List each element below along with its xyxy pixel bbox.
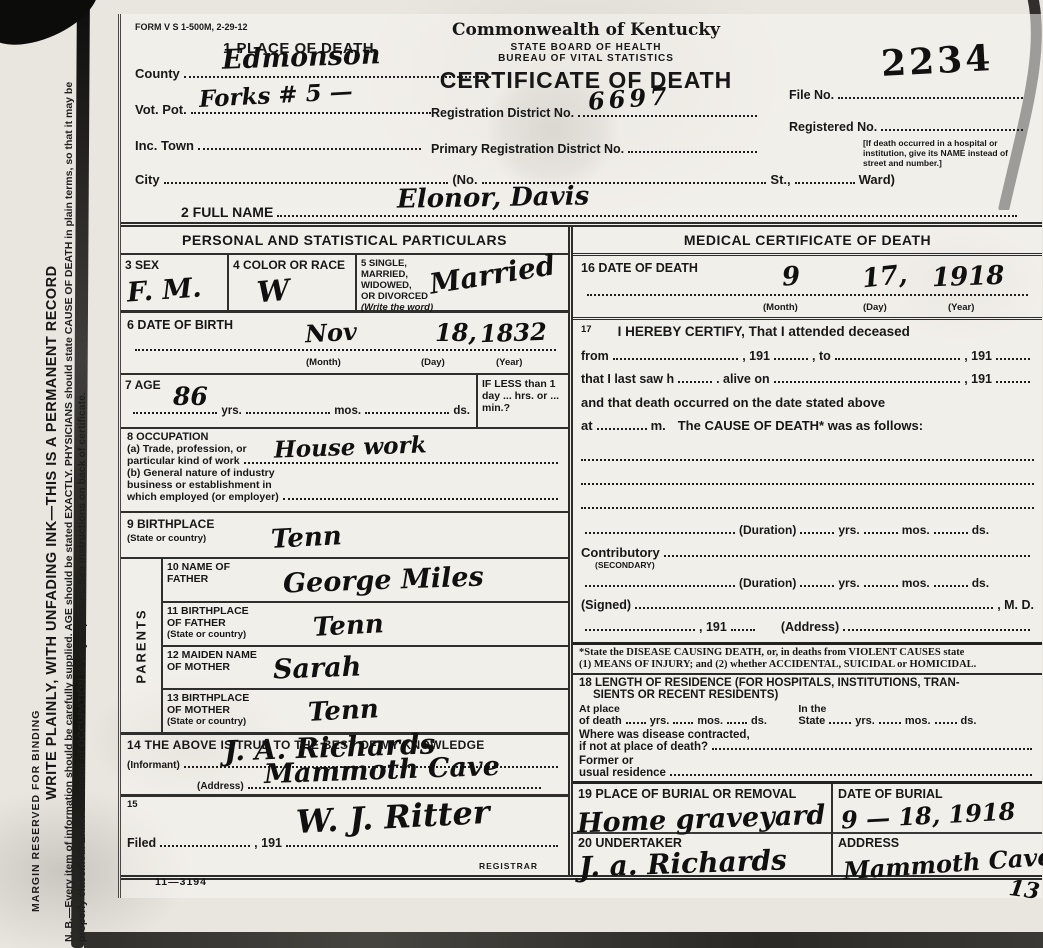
form-code: 11—3194 <box>155 876 207 888</box>
corner-mark-handwriting: 13 <box>1008 877 1041 903</box>
contributory-dots <box>664 551 1030 557</box>
mother-name-label-1: 12 MAIDEN NAME <box>167 649 564 661</box>
duration2-yrs: yrs. <box>838 576 859 590</box>
informant-block: 14 THE ABOVE IS TRUE TO THE BEST OF MY K… <box>121 735 568 797</box>
registrar-label: REGISTRAR <box>479 861 538 871</box>
marital-note: (Write the word) <box>361 302 564 313</box>
age-units-line: 86 yrs. mos. ds. <box>129 405 470 417</box>
dod-blank-line: 9 17, 1918 <box>583 290 1032 299</box>
hospital-note: [If death occurred in a hospital or inst… <box>863 138 1033 168</box>
age-yrs-label: yrs. <box>221 405 241 417</box>
father-name-row: 10 NAME OF FATHER George Miles <box>163 559 568 603</box>
signed-date-dots <box>585 625 695 631</box>
certificate-title: CERTIFICATE OF DEATH <box>421 67 751 94</box>
certificate-header: FORM V S 1-500M, 2-29-12 1 PLACE OF DEAT… <box>121 14 1042 222</box>
contributory-label: Contributory <box>581 545 660 560</box>
dod-dots: 9 17, 1918 <box>587 290 1028 296</box>
to-191: , 191 <box>964 349 992 363</box>
informant-address-label: (Address) <box>197 781 244 792</box>
last-saw-dots <box>678 377 712 383</box>
signed-address-label: (Address) <box>781 620 839 634</box>
duration2-ds-dots <box>934 581 968 587</box>
personal-section-title: PERSONAL AND STATISTICAL PARTICULARS <box>121 227 568 255</box>
dob-label: 6 DATE OF BIRTH <box>127 318 233 332</box>
sex-label: 3 SEX <box>125 258 159 272</box>
occupation-a-label-2: particular kind of work <box>127 455 240 467</box>
full-name-blank: Elonor, Davis <box>277 211 1017 217</box>
duration2-lead-dots <box>585 581 735 587</box>
death-certificate: FORM V S 1-500M, 2-29-12 1 PLACE OF DEAT… <box>118 14 1042 898</box>
board-of-health: STATE BOARD OF HEALTH <box>421 42 751 53</box>
cause-heading-line: at m. The CAUSE OF DEATH* was as follows… <box>581 418 1034 433</box>
cause-blank-1 <box>581 439 1034 461</box>
burial-divider <box>573 832 831 834</box>
in-state-units: State yrs. mos. ds. <box>798 715 1036 727</box>
filed-block: 15 Filed , 191 W. J. Ritter REGISTRAR <box>121 797 568 875</box>
age-mos-label: mos. <box>334 405 361 417</box>
registration-district-line: Registration District No. 6697 <box>431 106 761 120</box>
signed-date-line: , 191 (Address) <box>573 620 1042 634</box>
in-the-label-2: State <box>798 715 825 727</box>
occupation-b-label-1: (b) General nature of industry <box>127 467 562 479</box>
state-heading-block: Commonwealth of Kentucky STATE BOARD OF … <box>421 20 751 94</box>
race-value-handwriting: W <box>256 276 291 308</box>
footnote-line-2: (1) MEANS OF INJURY; and (2) whether ACC… <box>579 659 1036 671</box>
informant-address-dots: Mammoth Cave <box>248 783 541 789</box>
duration-line-1: (Duration) yrs. mos. ds. <box>573 523 1042 537</box>
file-no-line: File No. <box>789 88 1027 102</box>
informant-address-handwriting: Mammoth Cave <box>263 753 500 788</box>
primary-registration-blank <box>628 147 757 153</box>
form-number: FORM V S 1-500M, 2-29-12 <box>135 22 248 32</box>
sex-cell: 3 SEX F. M. <box>121 255 227 310</box>
primary-registration-line: Primary Registration District No. <box>431 142 761 156</box>
at-place-half: At place of death yrs. mos. ds. <box>579 703 798 727</box>
margin-note-write-plainly: WRITE PLAINLY, WITH UNFADING INK—THIS IS… <box>44 265 60 800</box>
contracted-dots <box>712 744 1032 750</box>
ap-yrs: yrs. <box>650 715 670 727</box>
age-ds-label: ds. <box>453 405 470 417</box>
occupation-value-handwriting: House work <box>273 433 426 461</box>
contracted-label-1: Where was disease contracted, <box>579 729 1036 741</box>
occupation-a-line: particular kind of work House work <box>127 455 562 467</box>
alive-191: , 191 <box>964 372 992 386</box>
registered-no-label: Registered No. <box>789 120 877 134</box>
burial-date-cell: DATE OF BURIAL 9 — 18, 1918 ADDRESS Mamm… <box>833 784 1042 875</box>
in-the-label-1: In the <box>798 703 1036 715</box>
if-less-cell: IF LESS than 1 day ... hrs. or ... min.? <box>476 375 568 427</box>
footnote-line-1: *State the DISEASE CAUSING DEATH, or, in… <box>579 647 1036 659</box>
parents-label: PARENTS <box>134 608 149 683</box>
file-no-label: File No. <box>789 88 834 102</box>
attended-from-line: from , 191 , to , 191 <box>581 349 1034 363</box>
last-saw-line: that I last saw h . alive on , 191 <box>581 372 1034 386</box>
occupation-a-dots: House work <box>244 458 558 464</box>
duration2-yrs-dots <box>800 581 834 587</box>
signed-address-dots <box>843 625 1030 631</box>
mother-bp-handwriting: Tenn <box>307 696 379 726</box>
city-st-blank <box>795 178 855 184</box>
undertaker-handwriting: J. a. Richards <box>579 846 788 881</box>
burial-date-divider <box>833 832 1042 834</box>
dob-month-handwriting: Nov <box>304 320 357 347</box>
dob-day-caption: (Day) <box>421 357 445 368</box>
burial-place-cell: 19 PLACE OF BURIAL OR REMOVAL Home grave… <box>573 784 833 875</box>
sex-value-handwriting: F. M. <box>126 274 202 306</box>
burial-date-handwriting: 9 — 18, 1918 <box>840 799 1015 832</box>
at-dots <box>597 424 647 430</box>
residence-label-1: 18 LENGTH OF RESIDENCE (FOR HOSPITALS, I… <box>579 677 1036 689</box>
st-ds: ds. <box>961 715 977 727</box>
date-of-death-row: 16 DATE OF DEATH 9 17, 1918 (Month) (Day… <box>573 256 1042 320</box>
ap-mos-dots <box>673 718 693 724</box>
birthplace-value-handwriting: Tenn <box>270 523 342 553</box>
contracted-line: if not at place of death? <box>579 741 1036 753</box>
city-label: City <box>135 172 160 187</box>
to-label: , to <box>812 349 831 363</box>
occupation-b-line: which employed (or employer) <box>127 491 562 503</box>
secondary-caption: (SECONDARY) <box>595 560 1034 570</box>
occupation-b-label-2: business or establishment in <box>127 479 562 491</box>
race-cell: 4 COLOR OR RACE W <box>227 255 355 310</box>
ap-ds-dots <box>727 718 747 724</box>
filed-191: , 191 <box>254 836 282 850</box>
occurred-line: and that death occurred on the date stat… <box>581 395 1034 410</box>
informant-address-line: (Address) Mammoth Cave <box>197 781 545 792</box>
certificate-number-stamp: 2234 <box>880 37 994 85</box>
certify-block: 17 I HEREBY CERTIFY, That I attended dec… <box>573 320 1042 437</box>
inc-town-line: Inc. Town <box>135 138 425 153</box>
age-row: 7 AGE 86 yrs. mos. ds. IF LESS than 1 da… <box>121 375 568 429</box>
primary-registration-label: Primary Registration District No. <box>431 142 624 156</box>
duration1-mos: mos. <box>902 523 930 537</box>
occupation-b-dots <box>283 494 558 500</box>
former-label-1: Former or <box>579 755 1036 767</box>
dob-year-handwriting: 1832 <box>480 320 548 346</box>
duration1-yrs-dots <box>800 528 834 534</box>
ap-mos: mos. <box>697 715 723 727</box>
registered-no-blank <box>881 125 1023 131</box>
age-yrs-dots: 86 <box>133 408 217 414</box>
at-place-label-1: At place <box>579 703 798 715</box>
dod-label: 16 DATE OF DEATH <box>581 261 698 275</box>
last-saw-label: that I last saw h <box>581 372 674 386</box>
full-name-line: 2 FULL NAME Elonor, Davis <box>181 204 1021 220</box>
corner-blob-artifact <box>0 0 109 60</box>
cause-blank-3 <box>581 485 1034 509</box>
to-191-dots <box>996 354 1030 360</box>
from-191-dots <box>774 354 808 360</box>
cause-blank-2 <box>581 461 1034 485</box>
alive-on-label: . alive on <box>716 372 770 386</box>
mother-name-handwriting: Sarah <box>273 653 362 683</box>
age-value-handwriting: 86 <box>173 384 208 409</box>
registered-no-line: Registered No. <box>789 120 1027 134</box>
mother-name-label-2: OF MOTHER <box>167 661 564 673</box>
dod-year-caption: (Year) <box>948 302 974 313</box>
dob-blank-line: Nov 18, 1832 <box>131 345 560 354</box>
st-mos: mos. <box>905 715 931 727</box>
inc-town-label: Inc. Town <box>135 138 194 153</box>
residence-label-2: SIENTS OR RECENT RESIDENTS) <box>593 689 1036 701</box>
medical-section-title: MEDICAL CERTIFICATE OF DEATH <box>573 227 1042 256</box>
residence-duration-line: At place of death yrs. mos. ds. In the <box>579 703 1036 727</box>
alive-on-dots <box>774 377 961 383</box>
ap-ds: ds. <box>751 715 767 727</box>
dob-year-caption: (Year) <box>496 357 522 368</box>
age-mos-dots <box>246 408 330 414</box>
father-birthplace-row: 11 BIRTHPLACE OF FATHER (State or countr… <box>163 603 568 647</box>
duration1-ds-dots <box>934 528 968 534</box>
filed-dots <box>160 841 250 847</box>
dod-month-caption: (Month) <box>763 302 798 313</box>
filed-dots-2: W. J. Ritter <box>286 841 558 847</box>
in-state-half: In the State yrs. mos. ds. <box>798 703 1036 727</box>
signed-191: , 191 <box>699 620 727 634</box>
m-label: m. <box>651 418 666 433</box>
signed-line: (Signed) , M. D. <box>573 598 1042 612</box>
father-name-handwriting: George Miles <box>283 564 485 598</box>
dob-day-handwriting: 18, <box>435 321 477 345</box>
former-label-2: usual residence <box>579 767 666 779</box>
cause-label: The CAUSE OF DEATH* was as follows: <box>678 418 923 433</box>
contracted-label-2: if not at place of death? <box>579 741 708 753</box>
duration-line-2: (Duration) yrs. mos. ds. <box>573 576 1042 590</box>
signed-label: (Signed) <box>581 598 631 612</box>
former-dots <box>670 770 1032 776</box>
county-label: County <box>135 66 180 81</box>
st-ds-dots <box>935 718 957 724</box>
residence-block: 18 LENGTH OF RESIDENCE (FOR HOSPITALS, I… <box>573 675 1042 781</box>
cause-lines <box>573 437 1042 511</box>
occupation-row: 8 OCCUPATION (a) Trade, profession, or p… <box>121 429 568 513</box>
parents-block: PARENTS 10 NAME OF FATHER George Miles 1… <box>121 559 568 735</box>
file-no-blank <box>838 93 1023 99</box>
duration2-mos: mos. <box>902 576 930 590</box>
registration-district-blank: 6697 <box>578 111 757 117</box>
duration2-label: (Duration) <box>739 576 796 590</box>
burial-block: 19 PLACE OF BURIAL OR REMOVAL Home grave… <box>573 781 1042 875</box>
at-place-units: of death yrs. mos. ds. <box>579 715 798 727</box>
duration1-label: (Duration) <box>739 523 796 537</box>
certify-statement: I HEREBY CERTIFY, That I attended deceas… <box>618 324 910 339</box>
dob-dots: Nov 18, 1832 <box>135 345 556 351</box>
margin-note-binding: MARGIN RESERVED FOR BINDING <box>30 710 42 912</box>
medical-certificate-column: MEDICAL CERTIFICATE OF DEATH 16 DATE OF … <box>573 227 1042 875</box>
race-label: 4 COLOR OR RACE <box>233 258 345 272</box>
duration2-ds: ds. <box>972 576 989 590</box>
date-of-birth-row: 6 DATE OF BIRTH Nov 18, 1832 (Month) (Da… <box>121 313 568 375</box>
registration-district-value-handwriting: 6697 <box>587 84 671 114</box>
bureau-vital-statistics: BUREAU OF VITAL STATISTICS <box>421 53 751 64</box>
full-name-label: 2 FULL NAME <box>181 204 273 220</box>
signed-191-dots <box>731 625 755 631</box>
contributory-line: Contributory <box>581 545 1034 560</box>
marital-cell: 5 SINGLE, MARRIED, WIDOWED, OR DIVORCED … <box>355 255 568 310</box>
city-ward-label: Ward) <box>859 172 895 187</box>
voting-precinct-value-handwriting: Forks # 5 — <box>198 80 353 111</box>
city-st-label: St., <box>770 172 790 187</box>
st-yrs-dots <box>829 718 851 724</box>
mother-name-row: 12 MAIDEN NAME OF MOTHER Sarah <box>163 647 568 691</box>
commonwealth-title: Commonwealth of Kentucky <box>421 20 751 40</box>
contributory-block: Contributory (SECONDARY) <box>573 543 1042 572</box>
alive-191-dots <box>996 377 1030 383</box>
st-yrs: yrs. <box>855 715 875 727</box>
birthplace-label: 9 BIRTHPLACE <box>127 517 214 531</box>
parents-strip: PARENTS <box>121 559 163 732</box>
certify-heading-line: 17 I HEREBY CERTIFY, That I attended dec… <box>581 324 1034 339</box>
from-label: from <box>581 349 609 363</box>
occupation-b-label-3: which employed (or employer) <box>127 491 279 503</box>
voting-precinct-label: Vot. Pot. <box>135 102 187 117</box>
registration-district-label: Registration District No. <box>431 106 574 120</box>
dod-month-handwriting: 9 <box>781 263 801 290</box>
from-dots <box>613 354 738 360</box>
registrar-signature-handwriting: W. J. Ritter <box>295 796 490 838</box>
birthplace-row: 9 BIRTHPLACE (State or country) Tenn <box>121 513 568 559</box>
dod-day-caption: (Day) <box>863 302 887 313</box>
personal-particulars-column: PERSONAL AND STATISTICAL PARTICULARS 3 S… <box>121 227 573 875</box>
footnote-block: *State the DISEASE CAUSING DEATH, or, in… <box>573 642 1042 675</box>
from-191: , 191 <box>742 349 770 363</box>
age-ds-dots <box>365 408 449 414</box>
certify-number: 17 <box>581 324 592 339</box>
filed-line: Filed , 191 W. J. Ritter <box>127 836 562 850</box>
birthplace-caption: (State or country) <box>127 533 562 544</box>
st-mos-dots <box>879 718 901 724</box>
filed-label: Filed <box>127 836 156 850</box>
voting-precinct-line: Vot. Pot. Forks # 5 — <box>135 102 435 117</box>
ap-yrs-dots <box>626 718 646 724</box>
age-cell: 7 AGE 86 yrs. mos. ds. <box>121 375 476 427</box>
sex-race-marital-row: 3 SEX F. M. 4 COLOR OR RACE W 5 SINGLE, … <box>121 255 568 313</box>
at-place-label-2: of death <box>579 715 622 727</box>
informant-label: (Informant) <box>127 760 180 771</box>
duration1-mos-dots <box>864 528 898 534</box>
duration1-lead-dots <box>585 528 735 534</box>
to-dots <box>835 354 960 360</box>
mother-birthplace-row: 13 BIRTHPLACE OF MOTHER (State or countr… <box>163 690 568 732</box>
margin-note-nb: N. B.—Every item of information should b… <box>63 37 89 942</box>
at-label: at <box>581 418 593 433</box>
signed-dots <box>635 603 993 609</box>
age-label: 7 AGE <box>125 378 161 392</box>
parents-rows: 10 NAME OF FATHER George Miles 11 BIRTHP… <box>163 559 568 732</box>
full-name-value-handwriting: Elonor, Davis <box>397 183 590 212</box>
former-line: usual residence <box>579 767 1036 779</box>
city-blank <box>164 178 449 184</box>
county-value-handwriting: Edmonson <box>221 41 380 74</box>
dod-day-handwriting: 17, <box>861 262 909 293</box>
md-label: , M. D. <box>997 598 1034 612</box>
certificate-body: PERSONAL AND STATISTICAL PARTICULARS 3 S… <box>121 222 1042 880</box>
scanner-edge-band <box>84 932 1043 948</box>
duration1-yrs: yrs. <box>838 523 859 537</box>
dob-month-caption: (Month) <box>306 357 341 368</box>
voting-precinct-blank: Forks # 5 — <box>191 108 431 114</box>
duration1-ds: ds. <box>972 523 989 537</box>
inc-town-blank <box>198 144 421 150</box>
dod-year-handwriting: 1918 <box>932 263 1005 292</box>
undertaker-address-label: ADDRESS <box>838 836 899 850</box>
father-bp-handwriting: Tenn <box>312 611 384 641</box>
duration2-mos-dots <box>864 581 898 587</box>
